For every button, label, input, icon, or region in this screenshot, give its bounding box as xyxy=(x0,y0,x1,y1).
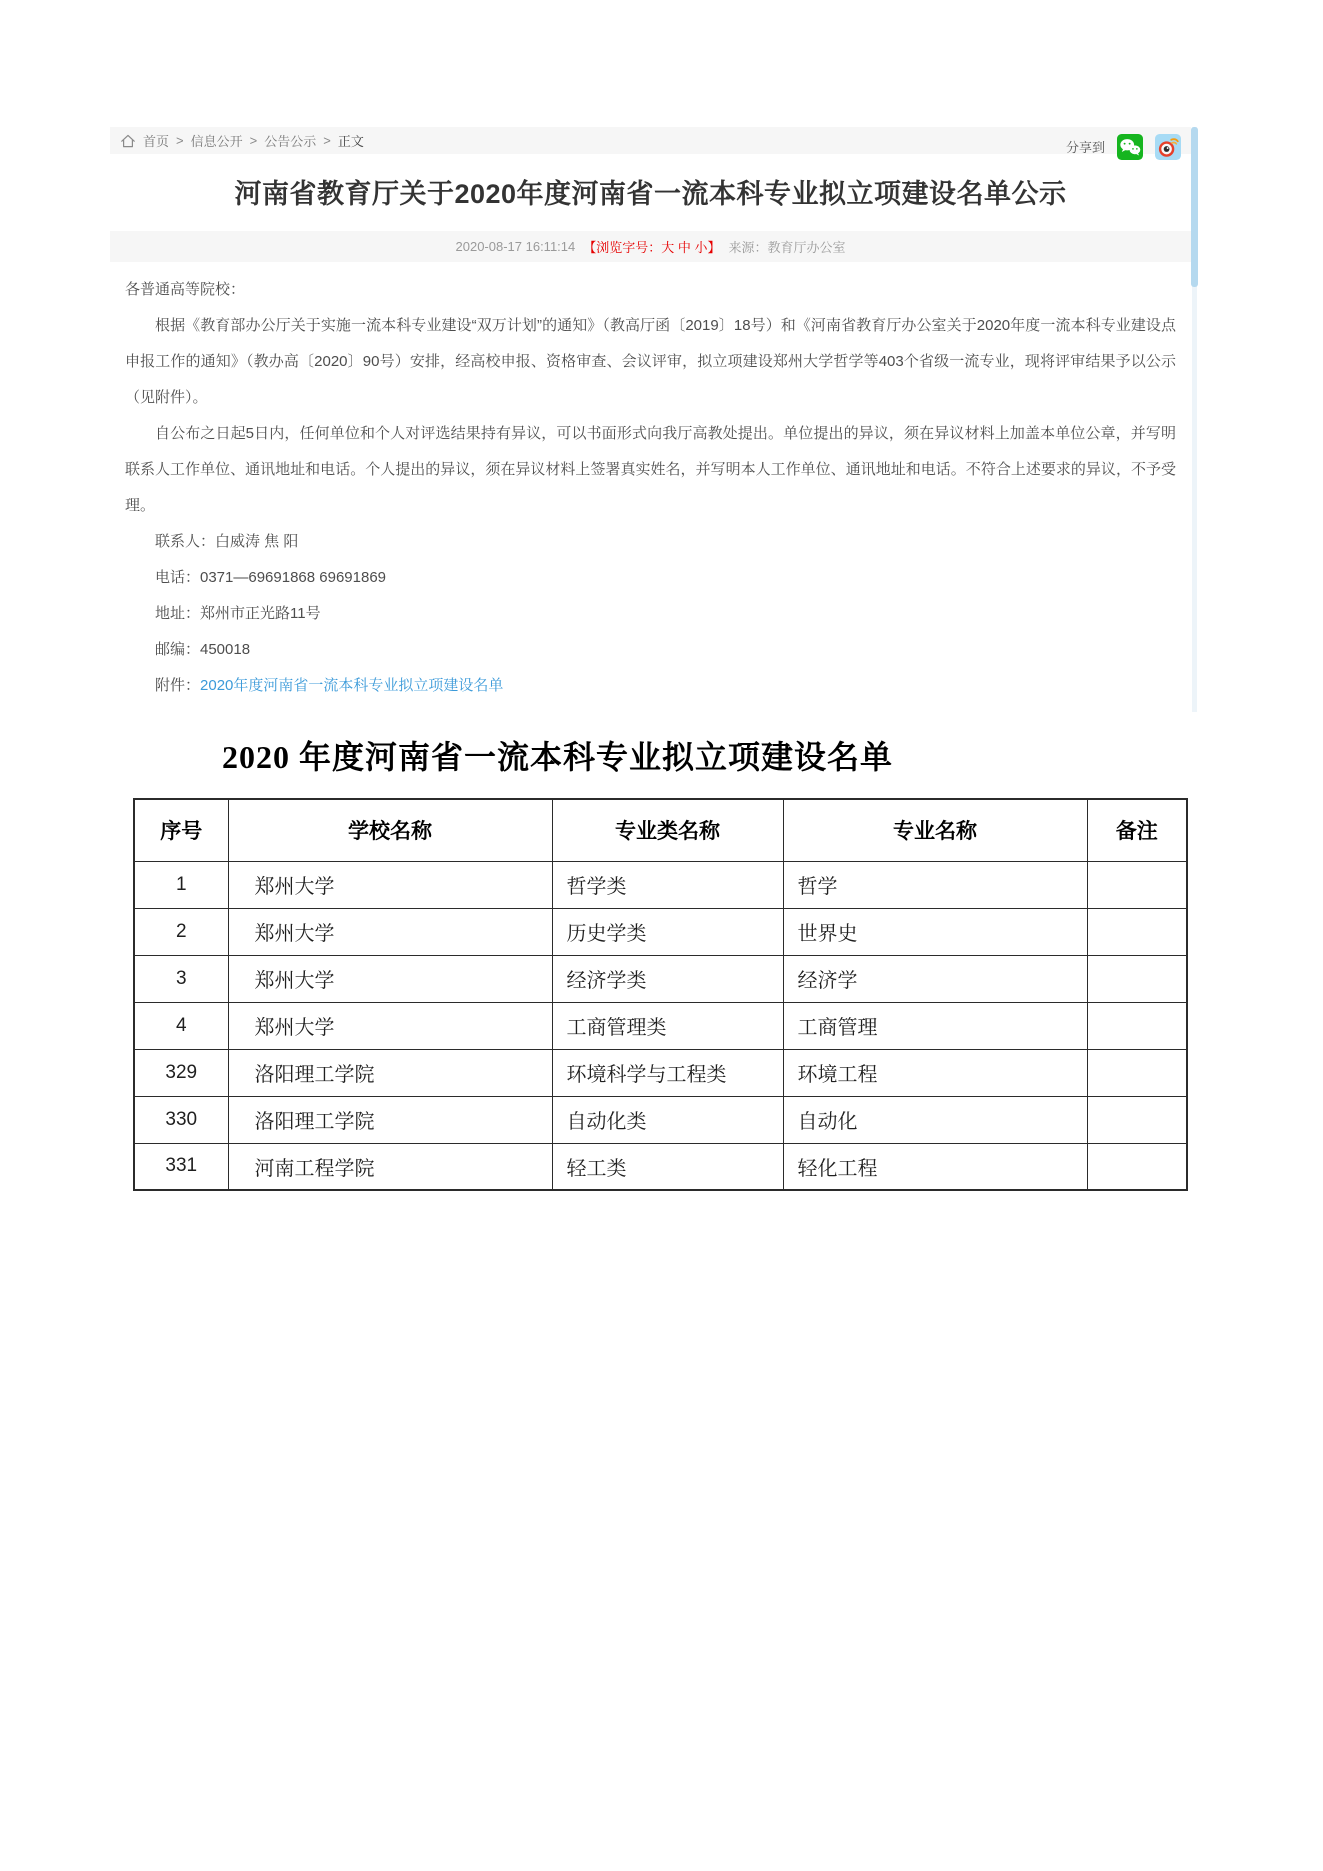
attachment-line: 附件：2020年度河南省一流本科专业拟立项建设名单 xyxy=(125,668,1176,704)
cell-remark xyxy=(1087,955,1187,1002)
table-header-row: 序号 学校名称 专业类名称 专业名称 备注 xyxy=(134,799,1187,861)
share-bar: 分享到 xyxy=(1066,134,1181,160)
header-cell-index: 序号 xyxy=(134,799,228,861)
meta-datetime: 2020-08-17 16:11:14 xyxy=(456,239,576,254)
breadcrumb-link-info[interactable]: 信息公开 xyxy=(191,131,243,150)
cell-remark xyxy=(1087,908,1187,955)
cell-index: 329 xyxy=(134,1049,228,1096)
postcode-line: 邮编：450018 xyxy=(125,632,1176,668)
cell-school: 洛阳理工学院 xyxy=(228,1096,552,1143)
address-line: 地址：郑州市正光路11号 xyxy=(125,596,1176,632)
table-row: 1 郑州大学 哲学类 哲学 xyxy=(134,861,1187,908)
cell-school: 洛阳理工学院 xyxy=(228,1049,552,1096)
breadcrumb: 首页 > 信息公开 > 公告公示 > 正文 xyxy=(120,131,364,150)
article-body: 各普通高等院校： 根据《教育部办公厅关于实施一流本科专业建设“双万计划”的通知》… xyxy=(110,262,1191,704)
weibo-icon[interactable] xyxy=(1155,134,1181,160)
cell-major: 轻化工程 xyxy=(783,1143,1087,1190)
table-row: 330 洛阳理工学院 自动化类 自动化 xyxy=(134,1096,1187,1143)
table-row: 4 郑州大学 工商管理类 工商管理 xyxy=(134,1002,1187,1049)
header-cell-category: 专业类名称 xyxy=(552,799,783,861)
meta-bar: 2020-08-17 16:11:14 【浏览字号：大 中 小】 来源：教育厅办… xyxy=(110,231,1191,262)
cell-major: 哲学 xyxy=(783,861,1087,908)
cell-category: 环境科学与工程类 xyxy=(552,1049,783,1096)
cell-major: 工商管理 xyxy=(783,1002,1087,1049)
table-row: 329 洛阳理工学院 环境科学与工程类 环境工程 xyxy=(134,1049,1187,1096)
attachment-document: 2020 年度河南省一流本科专业拟立项建设名单 序号 学校名称 专业类名称 专业… xyxy=(110,732,1191,1191)
cell-category: 历史学类 xyxy=(552,908,783,955)
font-size-control[interactable]: 【浏览字号：大 中 小】 xyxy=(583,237,720,256)
cell-school: 郑州大学 xyxy=(228,861,552,908)
cell-index: 331 xyxy=(134,1143,228,1190)
paragraph-1: 根据《教育部办公厅关于实施一流本科专业建设“双万计划”的通知》（教高厅函〔201… xyxy=(125,308,1176,416)
breadcrumb-link-home[interactable]: 首页 xyxy=(143,131,169,150)
table-row: 331 河南工程学院 轻工类 轻化工程 xyxy=(134,1143,1187,1190)
cell-index: 330 xyxy=(134,1096,228,1143)
header-cell-remark: 备注 xyxy=(1087,799,1187,861)
header-cell-school: 学校名称 xyxy=(228,799,552,861)
breadcrumb-link-notice[interactable]: 公告公示 xyxy=(264,131,316,150)
breadcrumb-separator: > xyxy=(323,133,331,148)
cell-school: 郑州大学 xyxy=(228,1002,552,1049)
page-title: 河南省教育厅关于2020年度河南省一流本科专业拟立项建设名单公示 xyxy=(110,172,1191,211)
share-label: 分享到 xyxy=(1066,137,1105,156)
cell-index: 3 xyxy=(134,955,228,1002)
cell-major: 经济学 xyxy=(783,955,1087,1002)
document-title: 2020 年度河南省一流本科专业拟立项建设名单 xyxy=(110,732,1191,778)
scrollbar-thumb[interactable] xyxy=(1191,127,1198,287)
program-table: 序号 学校名称 专业类名称 专业名称 备注 1 郑州大学 哲学类 哲学 2 郑 xyxy=(133,798,1188,1191)
paragraph-2: 自公布之日起5日内，任何单位和个人对评选结果持有异议，可以书面形式向我厅高教处提… xyxy=(125,416,1176,524)
cell-school: 郑州大学 xyxy=(228,908,552,955)
wechat-icon[interactable] xyxy=(1117,134,1143,160)
attachment-label: 附件： xyxy=(155,677,200,694)
phone-line: 电话：0371—69691868 69691869 xyxy=(125,560,1176,596)
cell-category: 工商管理类 xyxy=(552,1002,783,1049)
table-row: 3 郑州大学 经济学类 经济学 xyxy=(134,955,1187,1002)
contact-person-line: 联系人：白威涛 焦 阳 xyxy=(125,524,1176,560)
breadcrumb-current: 正文 xyxy=(338,131,364,150)
breadcrumb-separator: > xyxy=(250,133,258,148)
breadcrumb-bar: 首页 > 信息公开 > 公告公示 > 正文 分享到 xyxy=(110,127,1191,154)
cell-major: 环境工程 xyxy=(783,1049,1087,1096)
cell-index: 4 xyxy=(134,1002,228,1049)
cell-school: 河南工程学院 xyxy=(228,1143,552,1190)
header-cell-major: 专业名称 xyxy=(783,799,1087,861)
cell-category: 经济学类 xyxy=(552,955,783,1002)
cell-index: 1 xyxy=(134,861,228,908)
cell-index: 2 xyxy=(134,908,228,955)
table-row: 2 郑州大学 历史学类 世界史 xyxy=(134,908,1187,955)
cell-category: 自动化类 xyxy=(552,1096,783,1143)
salutation: 各普通高等院校： xyxy=(125,272,1176,308)
cell-category: 轻工类 xyxy=(552,1143,783,1190)
meta-source: 来源：教育厅办公室 xyxy=(728,237,845,256)
attachment-link[interactable]: 2020年度河南省一流本科专业拟立项建设名单 xyxy=(200,677,503,694)
cell-major: 自动化 xyxy=(783,1096,1087,1143)
cell-remark xyxy=(1087,1143,1187,1190)
cell-remark xyxy=(1087,1049,1187,1096)
home-icon[interactable] xyxy=(120,133,136,149)
cell-remark xyxy=(1087,861,1187,908)
cell-remark xyxy=(1087,1096,1187,1143)
cell-category: 哲学类 xyxy=(552,861,783,908)
breadcrumb-separator: > xyxy=(176,133,184,148)
cell-major: 世界史 xyxy=(783,908,1087,955)
content-column: 首页 > 信息公开 > 公告公示 > 正文 分享到 xyxy=(110,127,1191,1191)
cell-remark xyxy=(1087,1002,1187,1049)
cell-school: 郑州大学 xyxy=(228,955,552,1002)
